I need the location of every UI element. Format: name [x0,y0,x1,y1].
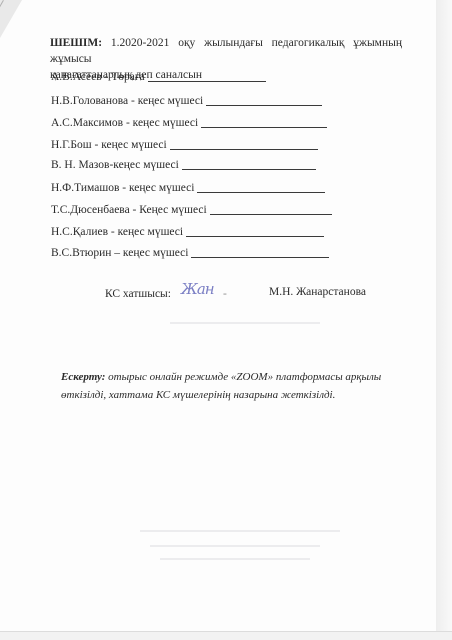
council-member-row: Н.Г.Бош - кеңес мүшесі [51,138,318,152]
member-name-role: Т.С.Дюсенбаева - Кеңес мүшесі [51,203,207,217]
council-member-row: А.В.Асеев - Төраға [51,70,266,84]
council-member-row: Н.С.Қалиев - кеңес мүшесі [51,225,324,239]
secretary-name: М.Н. Жанарстанова [269,286,366,298]
signature-line [206,105,322,106]
secretary-label: КС хатшысы: [105,288,171,300]
handwritten-signature: Жан [181,280,214,298]
secretary-signature-block: КС хатшысы: Жан - М.Н. Жанарстанова [105,288,171,300]
council-member-row: В.С.Втюрин – кеңес мүшесі [51,246,329,260]
signature-line [210,214,332,215]
bleed-through-mark [170,322,320,324]
scan-bottom-edge [0,631,452,640]
member-name-role: Н.В.Голованова - кеңес мүшесі [51,94,203,108]
decision-text-1: 1.2020-2021 оқу жылындағы педагогикалық … [50,37,402,65]
member-name-role: А.В.Асеев - Төраға [51,70,145,84]
council-member-row: Н.В.Голованова - кеңес мүшесі [51,94,322,108]
bleed-through-mark [160,558,310,560]
document-page: ШЕШІМ: 1.2020-2021 оқу жылындағы педагог… [0,0,436,632]
member-name-role: А.С.Максимов - кеңес мүшесі [51,116,198,130]
signature-line [186,236,324,237]
member-name-role: В.С.Втюрин – кеңес мүшесі [51,246,188,260]
council-member-row: Н.Ф.Тимашов - кеңес мүшесі [51,181,325,195]
signature-line [191,257,329,258]
signature-line [182,169,316,170]
signature-line [148,81,266,82]
council-member-row: Т.С.Дюсенбаева - Кеңес мүшесі [51,203,332,217]
scan-right-edge [436,0,452,640]
council-member-row: А.С.Максимов - кеңес мүшесі [51,116,327,130]
council-member-row: В. Н. Мазов-кеңес мүшесі [51,158,316,172]
signature-line [201,127,327,128]
decision-label: ШЕШІМ: [50,37,102,49]
member-name-role: Н.Ф.Тимашов - кеңес мүшесі [51,181,194,195]
member-name-role: Н.С.Қалиев - кеңес мүшесі [51,225,183,239]
bleed-through-mark [150,545,320,547]
member-name-role: Н.Г.Бош - кеңес мүшесі [51,138,167,152]
bleed-through-mark [140,530,340,532]
note-label: Ескерту: [61,371,105,383]
member-name-role: В. Н. Мазов-кеңес мүшесі [51,158,179,172]
note-text: отырыс онлайн режимде «ZOOM» платформасы… [61,371,381,401]
signature-line [197,192,325,193]
signature-dash: - [223,288,227,300]
note-paragraph: Ескерту: отырыс онлайн режимде «ZOOM» пл… [61,368,401,404]
signature-line [170,149,318,150]
decision-line-1: ШЕШІМ: 1.2020-2021 оқу жылындағы педагог… [50,35,402,67]
folded-corner [0,0,22,38]
